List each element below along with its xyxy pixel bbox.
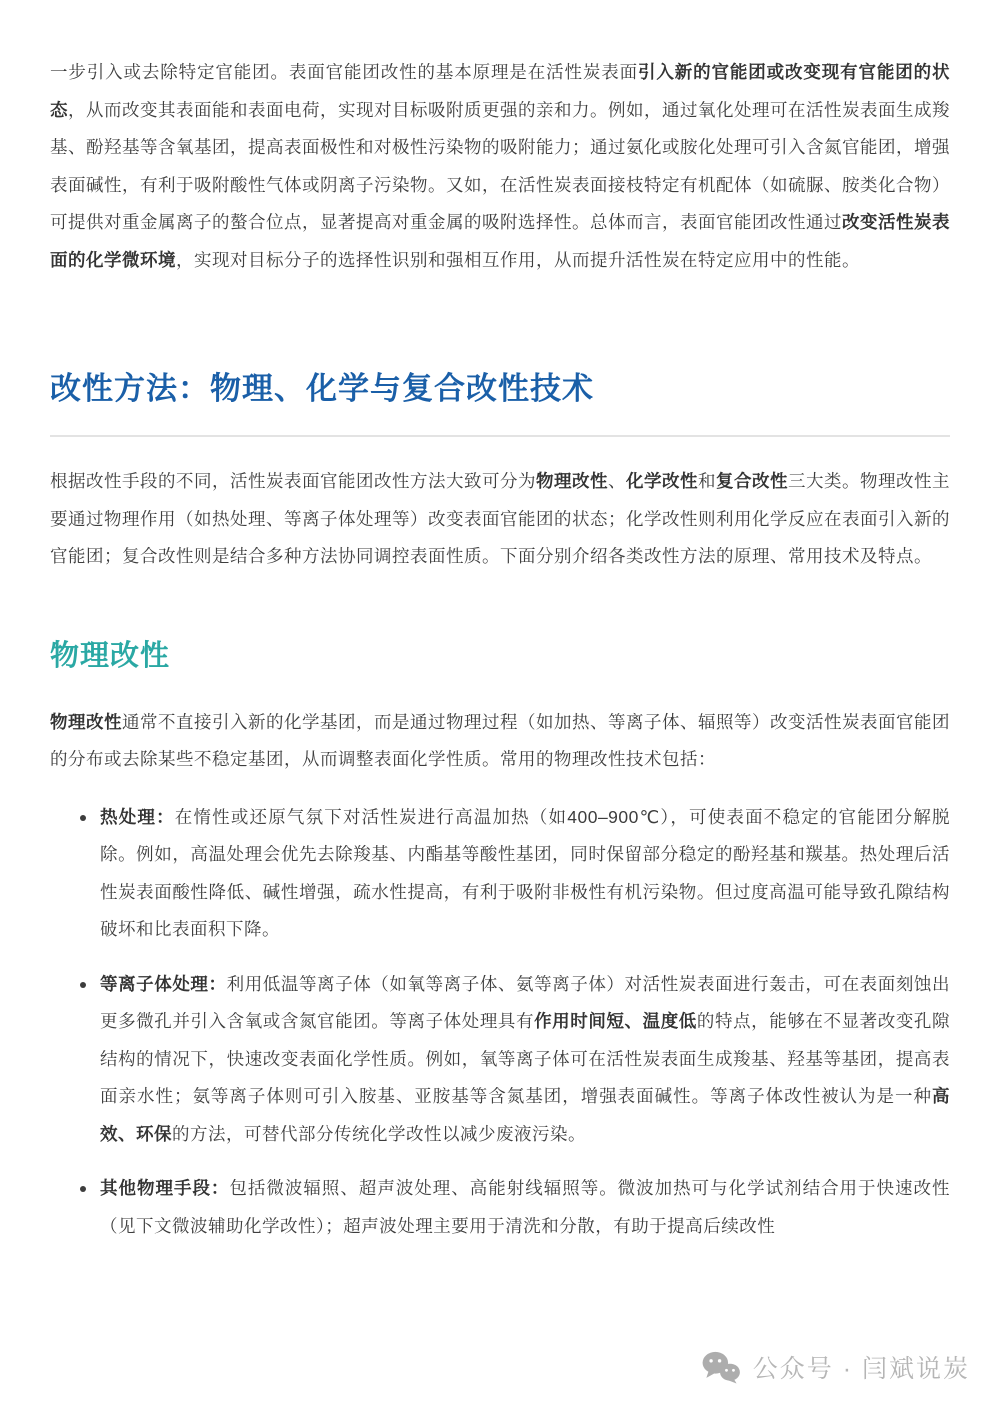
watermark-text: 公众号 · 闫斌说炭 — [753, 1349, 970, 1385]
physical-intro-paragraph: 物理改性通常不直接引入新的化学基团，而是通过物理过程（如加热、等离子体、辐照等）… — [50, 704, 950, 779]
text-run: ，从而改变其表面能和表面电荷，实现对目标吸附质更强的亲和力。例如，通过氧化处理可… — [50, 100, 950, 233]
section-title: 改性方法：物理、化学与复合改性技术 — [50, 367, 950, 411]
bold-text-run: 复合改性 — [716, 471, 788, 491]
bold-text-run: 物理改性 — [536, 471, 608, 491]
physical-methods-list: 热处理：在惰性或还原气氛下对活性炭进行高温加热（如400–900℃），可使表面不… — [50, 799, 950, 1246]
bold-text-run: 化学改性 — [626, 471, 698, 491]
bold-text-run: 热处理： — [100, 807, 175, 827]
subsection-title-physical: 物理改性 — [50, 636, 950, 676]
bold-text-run: 其他物理手段： — [100, 1178, 229, 1198]
bold-text-run: 物理改性 — [50, 712, 122, 732]
overview-paragraph: 根据改性手段的不同，活性炭表面官能团改性方法大致可分为物理改性、化学改性和复合改… — [50, 463, 950, 576]
text-run: 的方法，可替代部分传统化学改性以减少废液污染。 — [172, 1124, 586, 1144]
watermark: 公众号 · 闫斌说炭 — [701, 1349, 970, 1385]
bold-text-run: 等离子体处理： — [100, 974, 227, 994]
text-run: 、 — [608, 471, 626, 491]
bold-text-run: 作用时间短、温度低 — [534, 1011, 697, 1031]
list-item-thermal-treatment: 热处理：在惰性或还原气氛下对活性炭进行高温加热（如400–900℃），可使表面不… — [100, 799, 950, 949]
article-page: 一步引入或去除特定官能团。表面官能团改性的基本原理是在活性炭表面引入新的官能团或… — [0, 0, 1000, 1245]
text-run: 和 — [698, 471, 716, 491]
text-run: 在惰性或还原气氛下对活性炭进行高温加热（如400–900℃），可使表面不稳定的官… — [100, 807, 950, 940]
text-run: 根据改性手段的不同，活性炭表面官能团改性方法大致可分为 — [50, 471, 536, 491]
text-run: 通常不直接引入新的化学基团，而是通过物理过程（如加热、等离子体、辐照等）改变活性… — [50, 712, 950, 770]
intro-paragraph: 一步引入或去除特定官能团。表面官能团改性的基本原理是在活性炭表面引入新的官能团或… — [50, 54, 950, 279]
section-divider — [50, 435, 950, 437]
list-item-other-physical-means: 其他物理手段：包括微波辐照、超声波处理、高能射线辐照等。微波加热可与化学试剂结合… — [100, 1170, 950, 1245]
list-item-plasma-treatment: 等离子体处理：利用低温等离子体（如氧等离子体、氨等离子体）对活性炭表面进行轰击，… — [100, 966, 950, 1154]
text-run: 一步引入或去除特定官能团。表面官能团改性的基本原理是在活性炭表面 — [50, 62, 638, 82]
wechat-icon — [701, 1350, 741, 1384]
text-run: ，实现对目标分子的选择性识别和强相互作用，从而提升活性炭在特定应用中的性能。 — [176, 250, 860, 270]
